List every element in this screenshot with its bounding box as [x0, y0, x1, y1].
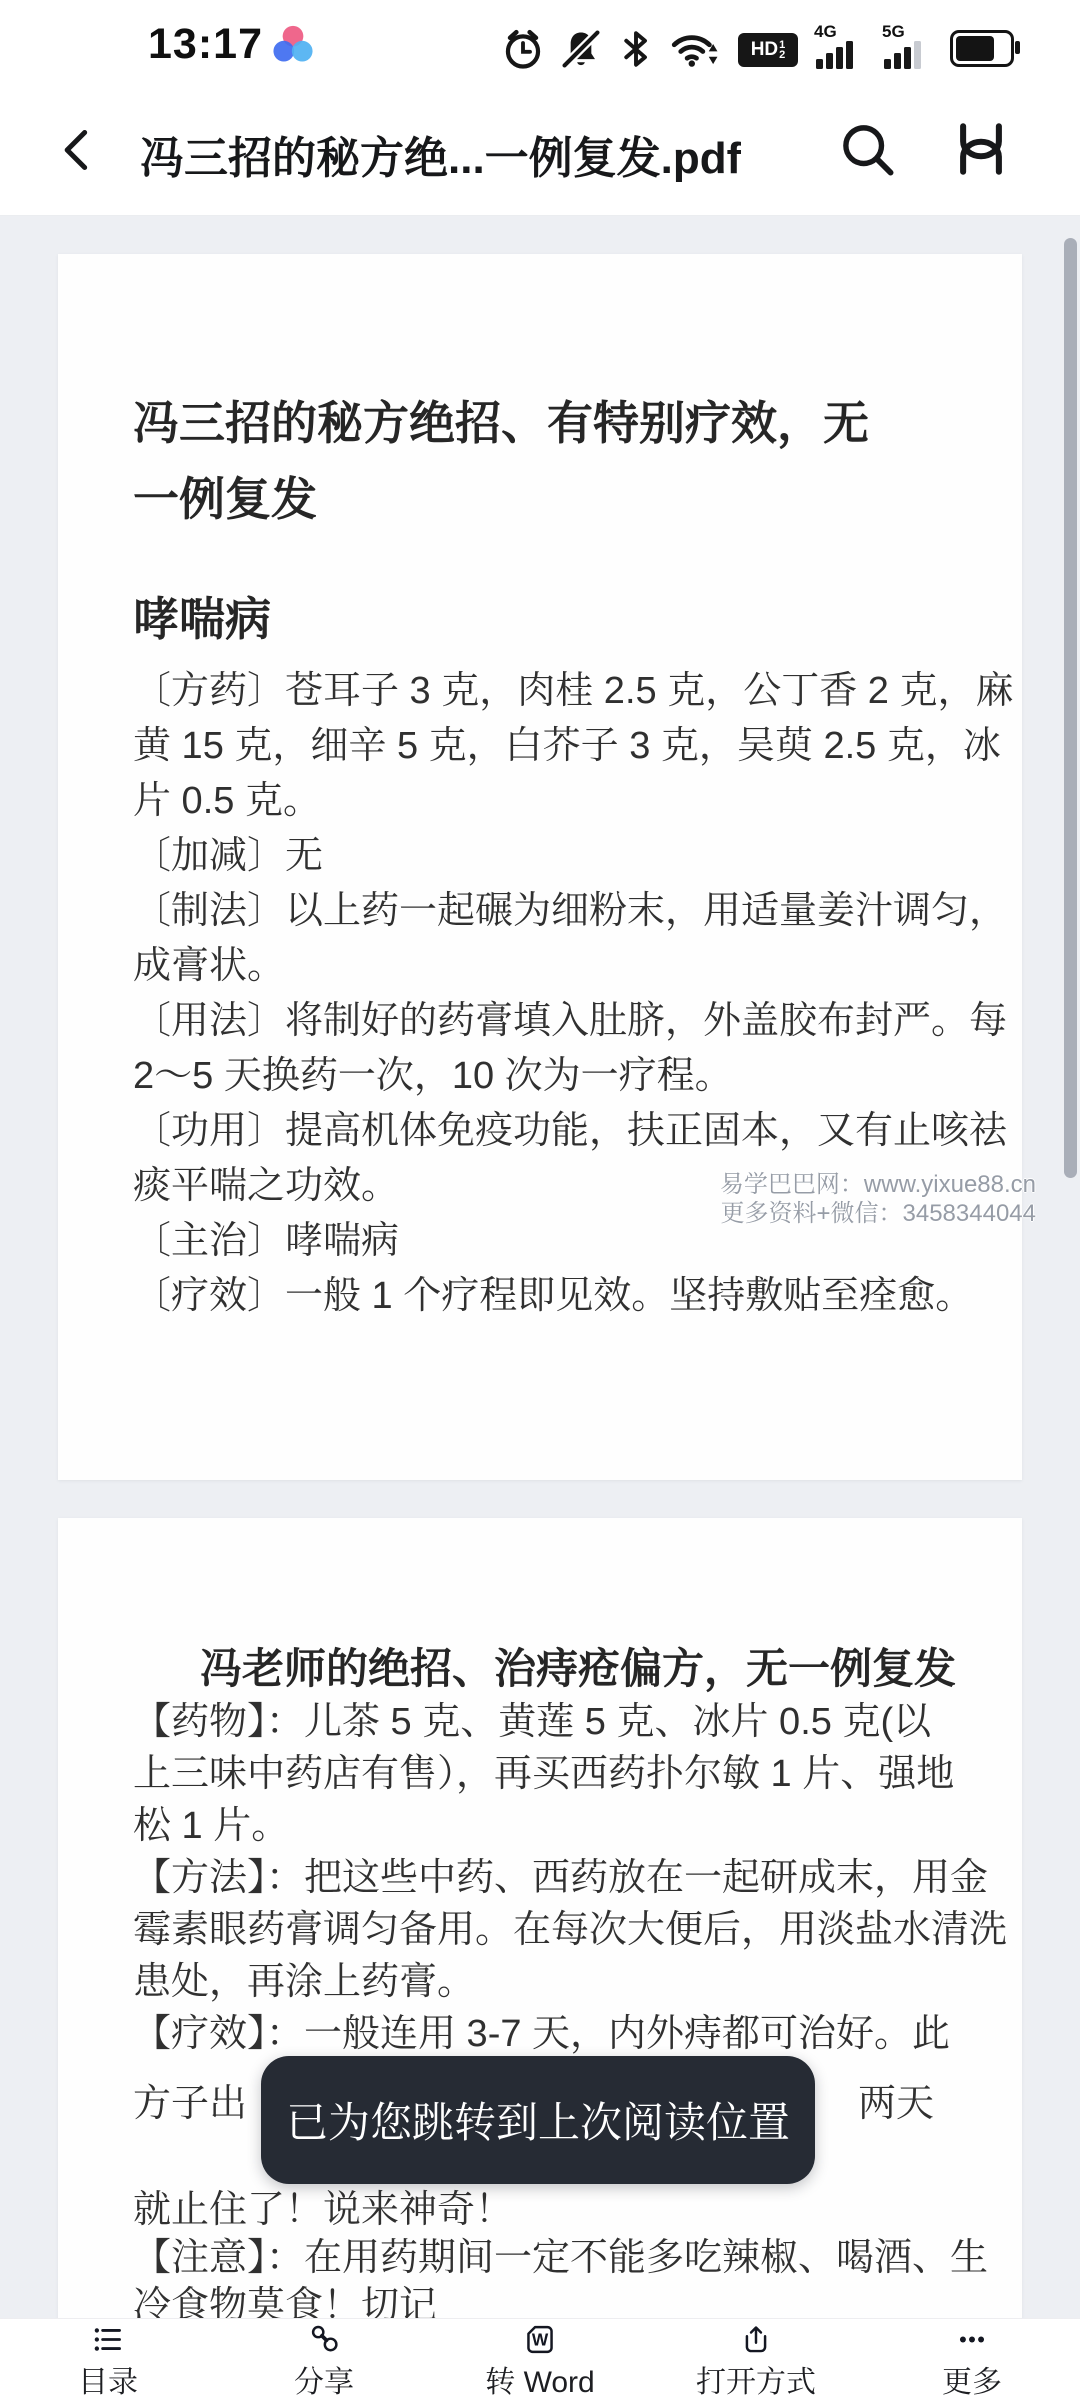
search-icon[interactable]: [838, 120, 896, 178]
signal-5g-icon: 5G: [882, 24, 934, 70]
toast-notification: 已为您跳转到上次阅读位置: [261, 2056, 815, 2184]
clock-time: 13:17: [148, 20, 263, 69]
document-title: 冯三招的秘方绝...一例复发.pdf: [140, 122, 741, 186]
status-icons: HD 1 2 4G 5G: [502, 24, 1014, 70]
status-bar: 13:17 HD 1: [0, 0, 1080, 88]
wifi-icon: [670, 28, 722, 70]
open-with-icon: [733, 2323, 779, 2356]
hd-volte-icon: HD 1 2: [738, 33, 798, 67]
toolbar-label: 更多: [942, 2357, 1002, 2400]
toolbar-item-open-with[interactable]: 打开方式: [648, 2319, 864, 2400]
word-document-icon: W: [517, 2323, 563, 2356]
text-line: 松 1 片。: [133, 1800, 1007, 1852]
title-line: 一例复发: [133, 461, 869, 537]
text-line: 成膏状。: [133, 939, 1013, 994]
app-header: 冯三招的秘方绝...一例复发.pdf: [0, 88, 1080, 216]
page1-section-heading: 哮喘病: [133, 583, 271, 649]
text-line: 【疗效】：一般连用 3-7 天，内外痔都可治好。此: [133, 2008, 1007, 2060]
text-line: 〔用法〕将制好的药膏填入肚脐，外盖胶布封严。每: [133, 994, 1013, 1049]
text-line: 〔疗效〕一般 1 个疗程即见效。坚持敷贴至痊愈。: [133, 1269, 1013, 1324]
text-line: 〔方药〕苍耳子 3 克，肉桂 2.5 克，公丁香 2 克，麻: [133, 664, 1013, 719]
text-line: 上三味中药店有售），再买西药扑尔敏 1 片、强地: [133, 1748, 1007, 1800]
text-line: 〔制法〕以上药一起碾为细粉末，用适量姜汁调匀，: [133, 884, 1013, 939]
more-dots-icon: [949, 2323, 995, 2356]
vibrate-mute-icon: [560, 28, 602, 70]
page2-body-text: 【药物】：儿茶 5 克、黄莲 5 克、冰片 0.5 克(以上三味中药店有售），再…: [133, 1696, 1007, 2060]
text-line: 〔加减〕无: [133, 829, 1013, 884]
toolbar-label: 打开方式: [696, 2357, 816, 2400]
scrollbar-thumb[interactable]: [1064, 238, 1077, 1178]
text-line: 2～5 天换药一次，10 次为一疗程。: [133, 1049, 1013, 1104]
text-line: 〔功用〕提高机体免疫功能，扶正固本，又有止咳祛: [133, 1104, 1013, 1159]
svg-text:W: W: [532, 2329, 549, 2349]
page2-title: 冯老师的绝招、治痔疮偏方，无一例复发: [200, 1636, 956, 1696]
toolbar-label: 转 Word: [485, 2357, 594, 2400]
page2-tail-text: 就止住了！说来神奇！【注意】：在用药期间一定不能多吃辣椒、喝酒、生冷食物莫食！切…: [133, 2186, 988, 2330]
text-line: 霉素眼药膏调匀备用。在每次大便后，用淡盐水清洗: [133, 1904, 1007, 1956]
title-line: 冯三招的秘方绝招、有特别疗效，无: [133, 385, 869, 461]
text-line: 【药物】：儿茶 5 克、黄莲 5 克、冰片 0.5 克(以: [133, 1696, 1007, 1748]
toolbar-item-share[interactable]: 分享: [216, 2319, 432, 2400]
page1-title: 冯三招的秘方绝招、有特别疗效，无一例复发: [133, 385, 869, 537]
toolbar-label: 目录: [78, 2357, 138, 2400]
text-line: 患处，再涂上药膏。: [133, 1956, 1007, 2008]
table-of-contents-icon: [85, 2323, 131, 2356]
watermark-line-1: 易学巴巴网：www.yixue88.cn: [720, 1170, 1036, 1199]
bluetooth-icon: [618, 28, 654, 70]
text-line: 【方法】：把这些中药、西药放在一起研成末，用金: [133, 1852, 1007, 1904]
watermark: 易学巴巴网：www.yixue88.cn 更多资料+微信：3458344044: [720, 1170, 1036, 1228]
view-settings-icon[interactable]: [952, 120, 1010, 178]
covered-line-left-fragment: 方子出: [133, 2072, 247, 2127]
toolbar-item-more[interactable]: 更多: [864, 2319, 1080, 2400]
share-icon: [301, 2323, 347, 2356]
text-line: 就止住了！说来神奇！: [133, 2186, 988, 2234]
text-line: 黄 15 克，细辛 5 克，白芥子 3 克，吴萸 2.5 克，冰: [133, 719, 1013, 774]
toolbar-item-convert-word[interactable]: W 转 Word: [432, 2319, 648, 2400]
covered-line-right-fragment: 两天: [858, 2072, 934, 2127]
signal-4g-icon: 4G: [814, 24, 866, 70]
text-line: 【注意】：在用药期间一定不能多吃辣椒、喝酒、生: [133, 2234, 988, 2282]
alarm-clock-icon: [502, 28, 544, 70]
toolbar-label: 分享: [294, 2357, 354, 2400]
app-logo-icon: [270, 22, 316, 68]
battery-icon: [950, 30, 1014, 67]
back-button[interactable]: [58, 120, 98, 180]
text-line: 片 0.5 克。: [133, 774, 1013, 829]
watermark-line-2: 更多资料+微信：3458344044: [720, 1199, 1036, 1228]
bottom-toolbar: 目录 分享 W 转 Word 打开方式 更多: [0, 2318, 1080, 2400]
toolbar-item-catalog[interactable]: 目录: [0, 2319, 216, 2400]
